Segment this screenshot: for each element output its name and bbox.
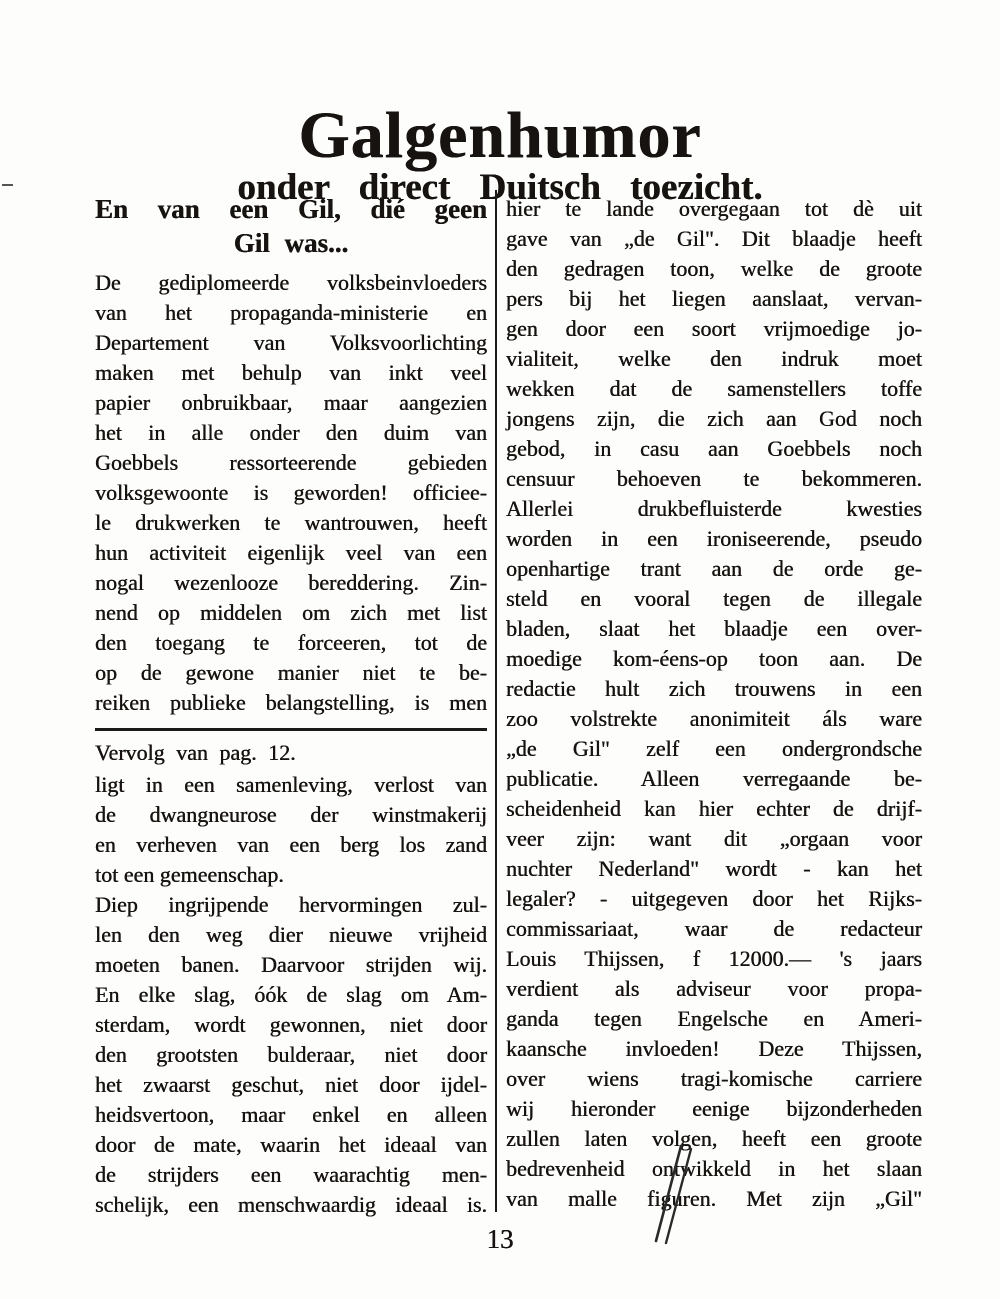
handwritten-slash-mark xyxy=(648,1140,708,1246)
text-line: De gediplomeerde volksbeinvloeders xyxy=(95,268,487,298)
text-line: vialiteit, welke den indruk moet xyxy=(506,344,922,374)
text-line: volksgewoonte is geworden! officiee- xyxy=(95,478,487,508)
text-line: gen door een soort vrijmoedige jo- xyxy=(506,314,922,344)
left-column: En van een Gil, dié geen Gil was... De g… xyxy=(95,192,487,1220)
text-line: Diep ingrijpende hervormingen zul- xyxy=(95,890,487,920)
text-line: ganda tegen Engelsche en Ameri- xyxy=(506,1004,922,1034)
text-line: de dwangneurose der winstmakerij xyxy=(95,800,487,830)
text-line: Allerlei drukbefluisterde kwesties xyxy=(506,494,922,524)
body-paragraph: Diep ingrijpende hervormingen zul-len de… xyxy=(95,890,487,1220)
text-line: openhartige trant aan de orde ge- xyxy=(506,554,922,584)
text-line: de strijders een waarachtig men- xyxy=(95,1160,487,1190)
text-line: nuchter Nederland" wordt - kan het xyxy=(506,854,922,884)
text-line: op de gewone manier niet te be- xyxy=(95,658,487,688)
text-line: van het propaganda-ministerie en xyxy=(95,298,487,328)
text-line: Departement van Volksvoorlichting xyxy=(95,328,487,358)
text-line: len den weg dier nieuwe vrijheid xyxy=(95,920,487,950)
text-line: veer zijn: want dit „orgaan voor xyxy=(506,824,922,854)
text-line: moedige kom-éens-op toon aan. De xyxy=(506,644,922,674)
text-line: verdient als adviseur voor propa- xyxy=(506,974,922,1004)
text-line: censuur behoeven te bekommeren. xyxy=(506,464,922,494)
text-line: publicatie. Alleen verregaande be- xyxy=(506,764,922,794)
text-line: reiken publieke belangstelling, is men xyxy=(95,688,487,718)
body-paragraph: hier te lande overgegaan tot dè uitgave … xyxy=(506,194,922,1214)
text-line: le drukwerken te wantrouwen, heeft xyxy=(95,508,487,538)
text-line: over wiens tragi-komische carriere xyxy=(506,1064,922,1094)
text-line: Louis Thijssen, f 12000.— 's jaars xyxy=(506,944,922,974)
text-line: en verheven van een berg los zand xyxy=(95,830,487,860)
text-line: zullen laten volgen, heeft een groote xyxy=(506,1124,922,1154)
text-line: nend op middelen om zich met list xyxy=(95,598,487,628)
text-line: wij hieronder eenige bijzonderheden xyxy=(506,1094,922,1124)
text-line: nogal wezenlooze bereddering. Zin- xyxy=(95,568,487,598)
text-line: den grootsten bulderaar, niet door xyxy=(95,1040,487,1070)
page-title: Galgenhumor xyxy=(0,100,1000,172)
text-line: „de Gil" zelf een ondergrondsche xyxy=(506,734,922,764)
text-line: En elke slag, óók de slag om Am- xyxy=(95,980,487,1010)
text-line: ligt in een samenleving, verlost van xyxy=(95,770,487,800)
text-line: Goebbels ressorteerende gebieden xyxy=(95,448,487,478)
page-number: 13 xyxy=(462,1224,538,1255)
text-line: het zwaarst geschut, niet door ijdel- xyxy=(95,1070,487,1100)
article-heading: En van een Gil, dié geen Gil was... xyxy=(95,192,487,260)
text-line: zoo volstrekte anonimiteit áls ware xyxy=(506,704,922,734)
article-heading-line: En van een Gil, dié geen xyxy=(95,192,487,226)
text-line: van malle figuren. Met zijn „Gil" xyxy=(506,1184,922,1214)
text-line: worden in een ironiseerende, pseudo xyxy=(506,524,922,554)
text-line: het in alle onder den duim van xyxy=(95,418,487,448)
text-line: jongens zijn, die zich aan God noch xyxy=(506,404,922,434)
text-line: den toegang te forceeren, tot de xyxy=(95,628,487,658)
text-line: scheidenheid kan hier echter de drijf- xyxy=(506,794,922,824)
text-line: sterdam, wordt gewonnen, niet door xyxy=(95,1010,487,1040)
text-line: maken met behulp van inkt veel xyxy=(95,358,487,388)
text-line: tot een gemeenschap. xyxy=(95,860,487,890)
right-column: hier te lande overgegaan tot dè uitgave … xyxy=(506,194,922,1214)
text-line: gebod, in casu aan Goebbels noch xyxy=(506,434,922,464)
text-line: steld en vooral tegen de illegale xyxy=(506,584,922,614)
text-line: legaler? - uitgegeven door het Rijks- xyxy=(506,884,922,914)
text-line: hier te lande overgegaan tot dè uit xyxy=(506,194,922,224)
article-heading-line: Gil was... xyxy=(95,226,487,260)
text-line: schelijk, een menschwaardig ideaal is. xyxy=(95,1190,487,1220)
text-line: redactie hult zich trouwens in een xyxy=(506,674,922,704)
scanned-document-page: Galgenhumor onder direct Duitsch toezich… xyxy=(0,0,1000,1299)
text-line: bladen, slaat het blaadje een over- xyxy=(506,614,922,644)
text-line: pers bij het liegen aanslaat, vervan- xyxy=(506,284,922,314)
body-paragraph: De gediplomeerde volksbeinvloedersvan he… xyxy=(95,268,487,718)
text-line: heidsvertoon, maar enkel en alleen xyxy=(95,1100,487,1130)
body-paragraph: ligt in een samenleving, verlost vande d… xyxy=(95,770,487,890)
continuation-note: Vervolg van pag. 12. xyxy=(95,736,487,770)
text-line: kaansche invloeden! Deze Thijssen, xyxy=(506,1034,922,1064)
text-line: door de mate, waarin het ideaal van xyxy=(95,1130,487,1160)
text-line: papier onbruikbaar, maar aangezien xyxy=(95,388,487,418)
text-line: gave van „de Gil". Dit blaadje heeft xyxy=(506,224,922,254)
text-line: commissariaat, waar de redacteur xyxy=(506,914,922,944)
text-line: hun activiteit eigenlijk veel van een xyxy=(95,538,487,568)
section-rule xyxy=(95,728,487,731)
column-divider xyxy=(495,190,497,1212)
text-line: wekken dat de samenstellers toffe xyxy=(506,374,922,404)
text-line: den gedragen toon, welke de groote xyxy=(506,254,922,284)
text-line: moeten banen. Daarvoor strijden wij. xyxy=(95,950,487,980)
text-line: bedrevenheid ontwikkeld in het slaan xyxy=(506,1154,922,1184)
